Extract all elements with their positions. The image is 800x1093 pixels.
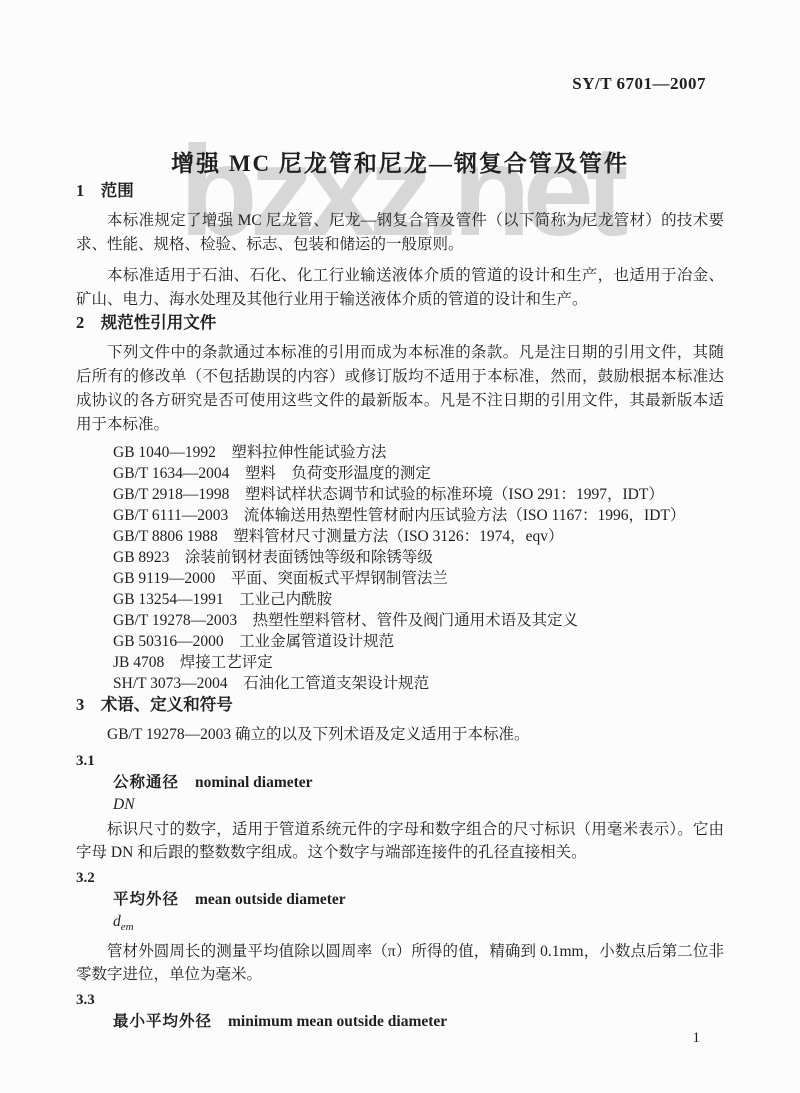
page-content: SY/T 6701—2007 增强 MC 尼龙管和尼龙—钢复合管及管件 1 范围… bbox=[76, 0, 724, 1033]
term-number: 3.1 bbox=[76, 750, 724, 772]
term-symbol-text: d bbox=[113, 913, 121, 930]
term-name-cn: 平均外径 bbox=[113, 891, 179, 908]
term-block-3-3: 3.3 最小平均外径minimum mean outside diameter bbox=[76, 989, 724, 1033]
section-3-intro: GB/T 19278—2003 确立的以及下列术语及定义适用于本标准。 bbox=[76, 723, 724, 747]
reference-item: GB/T 2918—1998 塑料试样状态调节和试验的标准环境（ISO 291：… bbox=[113, 484, 724, 505]
term-number: 3.2 bbox=[76, 867, 724, 889]
normative-reference-list: GB 1040—1992 塑料拉伸性能试验方法 GB/T 1634—2004 塑… bbox=[113, 442, 724, 694]
term-block-3-1: 3.1 公称通径nominal diameter DN 标识尺寸的数字，适用于管… bbox=[76, 750, 724, 864]
section-2-intro: 下列文件中的条款通过本标准的引用而成为本标准的条款。凡是注日期的引用文件，其随后… bbox=[76, 341, 724, 437]
term-name: 最小平均外径minimum mean outside diameter bbox=[113, 1011, 724, 1033]
reference-item: GB/T 8806 1988 塑料管材尺寸测量方法（ISO 3126：1974，… bbox=[113, 526, 724, 547]
reference-item: GB 50316—2000 工业金属管道设计规范 bbox=[113, 631, 724, 652]
term-name-en: mean outside diameter bbox=[195, 891, 346, 908]
section-1-paragraph-1: 本标准规定了增强 MC 尼龙管、尼龙—钢复合管及管件（以下简称为尼龙管材）的技术… bbox=[76, 209, 724, 257]
reference-item: GB/T 1634—2004 塑料 负荷变形温度的测定 bbox=[113, 463, 724, 484]
reference-item: GB/T 6111—2003 流体输送用热塑性管材耐内压试验方法（ISO 116… bbox=[113, 505, 724, 526]
term-name: 公称通径nominal diameter bbox=[113, 772, 724, 794]
term-definition: 标识尺寸的数字，适用于管道系统元件的字母和数字组合的尺寸标识（用毫米表示）。它由… bbox=[76, 818, 724, 864]
document-page: bzxz.net SY/T 6701—2007 增强 MC 尼龙管和尼龙—钢复合… bbox=[0, 0, 800, 1093]
term-name-en: nominal diameter bbox=[195, 774, 313, 791]
term-definition: 管材外圆周长的测量平均值除以圆周率（π）所得的值，精确到 0.1mm，小数点后第… bbox=[76, 940, 724, 986]
section-2-heading: 2 规范性引用文件 bbox=[76, 312, 724, 334]
term-symbol-text: DN bbox=[113, 796, 135, 813]
term-name-cn: 最小平均外径 bbox=[113, 1013, 212, 1030]
document-title: 增强 MC 尼龙管和尼龙—钢复合管及管件 bbox=[76, 148, 724, 180]
term-symbol-subscript: em bbox=[121, 921, 134, 933]
section-1-paragraph-2: 本标准适用于石油、石化、化工行业输送液体介质的管道的设计和生产，也适用于冶金、矿… bbox=[76, 264, 724, 312]
reference-item: GB 13254—1991 工业己内酰胺 bbox=[113, 589, 724, 610]
standard-number: SY/T 6701—2007 bbox=[76, 0, 724, 94]
term-symbol: dem bbox=[113, 911, 724, 938]
term-symbol: DN bbox=[113, 794, 724, 816]
term-name: 平均外径mean outside diameter bbox=[113, 889, 724, 911]
reference-item: JB 4708 焊接工艺评定 bbox=[113, 652, 724, 673]
reference-item: SH/T 3073—2004 石油化工管道支架设计规范 bbox=[113, 673, 724, 694]
section-1-heading: 1 范围 bbox=[76, 180, 724, 202]
page-number: 1 bbox=[693, 1030, 701, 1047]
section-3-heading: 3 术语、定义和符号 bbox=[76, 694, 724, 716]
reference-item: GB 1040—1992 塑料拉伸性能试验方法 bbox=[113, 442, 724, 463]
reference-item: GB 8923 涂装前钢材表面锈蚀等级和除锈等级 bbox=[113, 547, 724, 568]
term-name-en: minimum mean outside diameter bbox=[228, 1013, 447, 1030]
term-name-cn: 公称通径 bbox=[113, 774, 179, 791]
reference-item: GB 9119—2000 平面、突面板式平焊钢制管法兰 bbox=[113, 568, 724, 589]
reference-item: GB/T 19278—2003 热塑性塑料管材、管件及阀门通用术语及其定义 bbox=[113, 610, 724, 631]
term-block-3-2: 3.2 平均外径mean outside diameter dem 管材外圆周长… bbox=[76, 867, 724, 986]
term-number: 3.3 bbox=[76, 989, 724, 1011]
